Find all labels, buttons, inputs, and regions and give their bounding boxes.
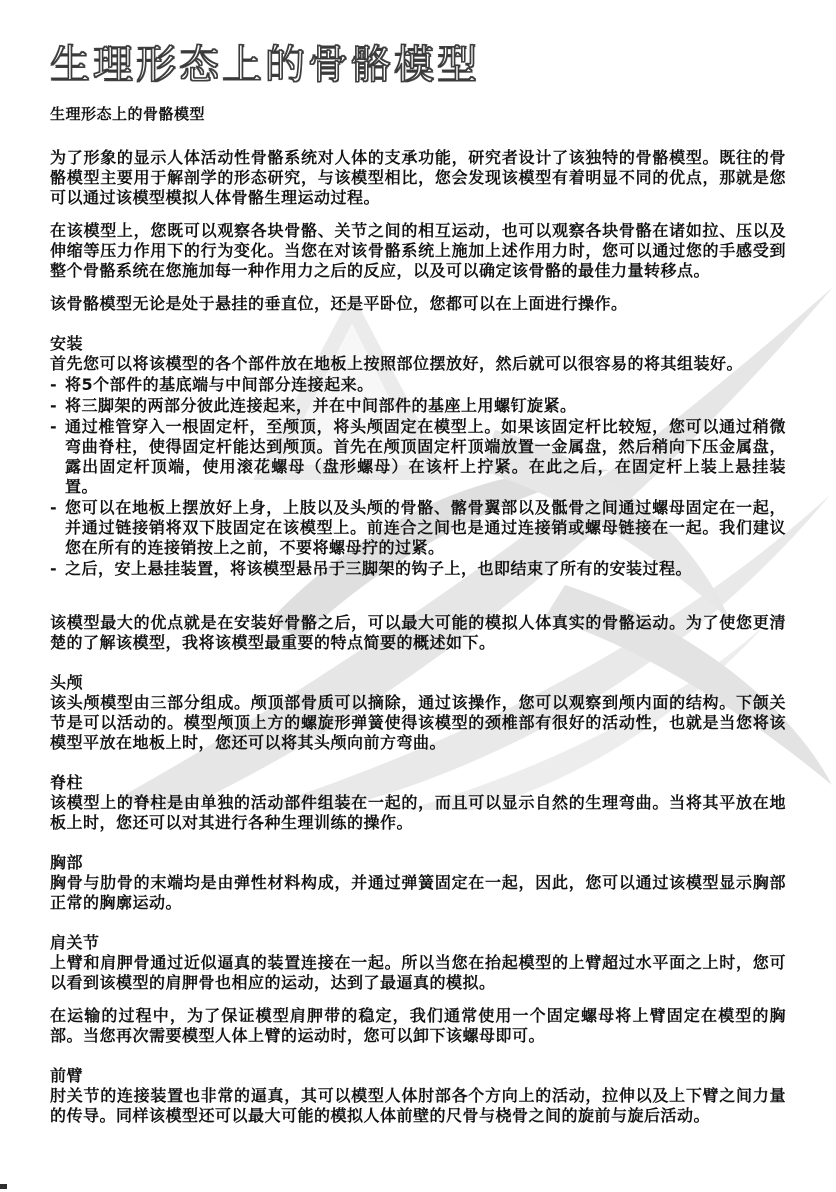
page-title: 生理形态上的骨骼模型 <box>50 42 790 88</box>
install-lead-paragraph: 首先您可以将该模型的各个部件放在地板上按照部位摆放好，然后就可以很容易的将其组装… <box>50 354 786 374</box>
section-body-chest: 胸骨与肋骨的末端均是由弹性材料构成，并通过弹簧固定在一起，因此，您可以通过该模型… <box>50 873 786 913</box>
document-page: 生理形态上的骨骼模型 生理形态上的骨骼模型 为了形象的显示人体活动性骨骼系统对人… <box>0 0 836 1192</box>
section-body-skull: 该头颅模型由三部分组成。颅顶部骨质可以摘除，通过该操作，您可以观察到颅内面的结构… <box>50 693 786 753</box>
advantage-paragraph: 该模型最大的优点就是在安装好骨骼之后，可以最大可能的模拟人体真实的骨骼运动。为了… <box>50 613 786 653</box>
list-item: - 您可以在地板上摆放好上身，上肢以及头颅的骨骼、髂骨翼部以及骶骨之间通过螺母固… <box>50 498 786 558</box>
section-heading-forearm: 前臂 <box>50 1066 790 1086</box>
list-item-text: 通过椎管穿入一根固定杆，至颅顶，将头颅固定在模型上。如果该固定杆比较短，您可以通… <box>65 417 786 497</box>
dash-bullet: - <box>50 559 65 579</box>
list-item: - 之后，安上悬挂装置，将该模型悬吊于三脚架的钩子上，也即结束了所有的安装过程。 <box>50 559 786 579</box>
install-steps-list: - 将5个部件的基底端与中间部分连接起来。 - 将三脚架的两部分彼此连接起来，并… <box>50 375 790 579</box>
section-heading-chest: 胸部 <box>50 853 790 873</box>
scan-artifact <box>0 1184 7 1189</box>
section-heading-shoulder: 肩关节 <box>50 933 790 953</box>
intro-paragraph-3: 该骨骼模型无论是处于悬挂的垂直位，还是平卧位，您都可以在上面进行操作。 <box>50 294 786 314</box>
document-content: 生理形态上的骨骼模型 生理形态上的骨骼模型 为了形象的显示人体活动性骨骼系统对人… <box>50 42 790 1126</box>
section-heading-install: 安装 <box>50 334 790 354</box>
intro-paragraph-2: 在该模型上，您既可以观察各块骨骼、关节之间的相互运动，也可以观察各块骨骼在诸如拉… <box>50 221 786 281</box>
list-item: - 将5个部件的基底端与中间部分连接起来。 <box>50 375 786 395</box>
section-heading-spine: 脊柱 <box>50 773 790 793</box>
dash-bullet: - <box>50 375 65 395</box>
list-item-text: 将三脚架的两部分彼此连接起来，并在中间部件的基座上用螺钉旋紧。 <box>65 396 786 416</box>
list-item-text: 将5个部件的基底端与中间部分连接起来。 <box>65 375 786 395</box>
section-heading-skull: 头颅 <box>50 673 790 693</box>
dash-bullet: - <box>50 396 65 416</box>
dash-bullet: - <box>50 498 65 558</box>
list-item: - 将三脚架的两部分彼此连接起来，并在中间部件的基座上用螺钉旋紧。 <box>50 396 786 416</box>
list-item-text: 您可以在地板上摆放好上身，上肢以及头颅的骨骼、髂骨翼部以及骶骨之间通过螺母固定在… <box>65 498 786 558</box>
page-subtitle: 生理形态上的骨骼模型 <box>50 103 790 124</box>
section-extra-shoulder-transport: 在运输的过程中，为了保证模型肩胛带的稳定，我们通常使用一个固定螺母将上臂固定在模… <box>50 1006 786 1046</box>
list-item-text: 之后，安上悬挂装置，将该模型悬吊于三脚架的钩子上，也即结束了所有的安装过程。 <box>65 559 786 579</box>
intro-paragraph-1: 为了形象的显示人体活动性骨骼系统对人体的支承功能，研究者设计了该独特的骨骼模型。… <box>50 148 786 208</box>
dash-bullet: - <box>50 417 65 497</box>
section-body-spine: 该模型上的脊柱是由单独的活动部件组装在一起的，而且可以显示自然的生理弯曲。当将其… <box>50 793 786 833</box>
list-item: - 通过椎管穿入一根固定杆，至颅顶，将头颅固定在模型上。如果该固定杆比较短，您可… <box>50 417 786 497</box>
section-body-forearm: 肘关节的连接装置也非常的逼真，其可以模型人体肘部各个方向上的活动，拉伸以及上下臂… <box>50 1086 786 1126</box>
section-body-shoulder: 上臂和肩胛骨通过近似逼真的装置连接在一起。所以当您在抬起模型的上臂超过水平面之上… <box>50 953 786 993</box>
